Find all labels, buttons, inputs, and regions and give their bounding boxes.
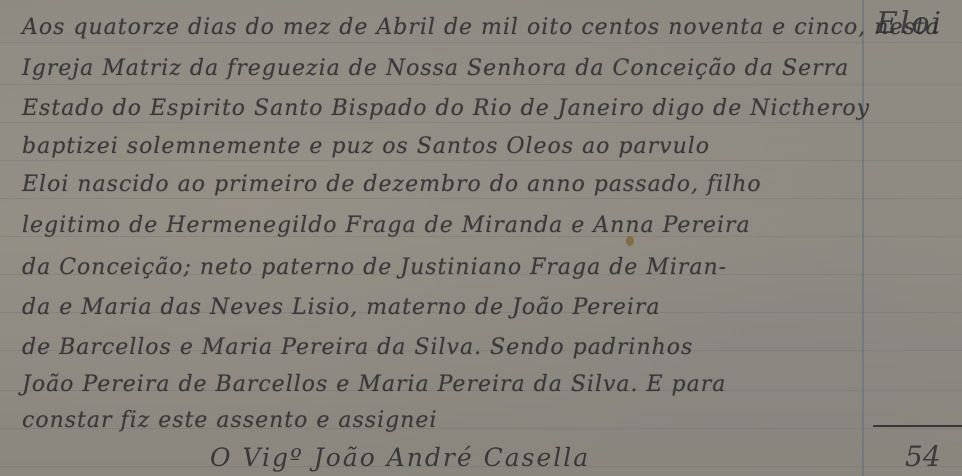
page-number: 54: [905, 440, 941, 473]
text-line-10: João Pereira de Barcellos e Maria Pereir…: [22, 372, 726, 397]
ruled-line: [0, 122, 962, 123]
text-line-11: constar fiz este assento e assignei: [22, 408, 437, 433]
signature: O Vigº João André Casella: [210, 443, 590, 472]
text-line-2: Igreja Matriz da freguezia de Nossa Senh…: [22, 56, 849, 81]
ruled-line: [0, 84, 962, 85]
text-line-9: de Barcellos e Maria Pereira da Silva. S…: [22, 335, 693, 360]
text-line-5: Eloi nascido ao primeiro de dezembro do …: [22, 172, 762, 197]
text-line-6: legitimo de Hermenegildo Fraga de Mirand…: [22, 213, 751, 238]
ruled-line: [0, 160, 962, 161]
text-line-1: Aos quatorze dias do mez de Abril de mil…: [22, 15, 940, 40]
margin-line: [862, 0, 864, 476]
margin-separator: [873, 425, 962, 427]
text-line-7: da Conceição; neto paterno de Justiniano…: [22, 255, 727, 280]
ruled-line: [0, 42, 962, 43]
text-line-3: Estado do Espirito Santo Bispado do Rio …: [22, 96, 870, 121]
register-page: Eloi Aos quatorze dias do mez de Abril d…: [0, 0, 962, 476]
text-line-8: da e Maria das Neves Lisio, materno de J…: [22, 295, 661, 320]
text-line-4: baptizei solemnemente e puz os Santos Ol…: [22, 134, 710, 159]
ruled-line: [0, 198, 962, 199]
